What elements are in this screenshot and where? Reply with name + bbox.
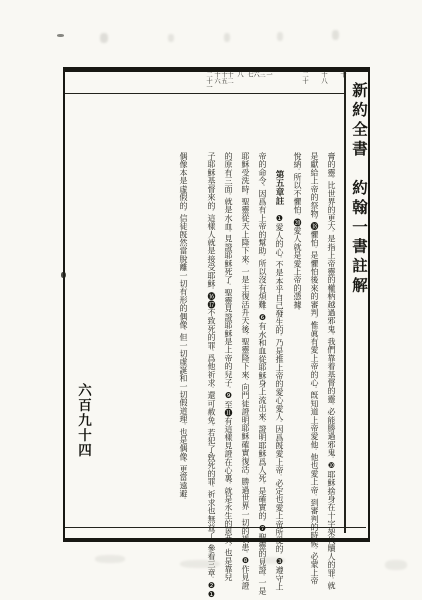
ink-speck <box>57 34 64 37</box>
ink-speck <box>61 272 66 278</box>
text-column: 耶穌受洗時。聖靈從天上降下來。一是主復活升天後。聖靈降下來。向門徒證明耶穌確實復… <box>243 97 257 525</box>
ink-bleed-mark <box>277 32 283 41</box>
column-body: 偶像本是虛假的。信徒旣然當脫離一切有形的偶像。但一切虛誕和一切假道理。也是偶像。… <box>179 152 188 502</box>
column-body: 子耶穌基督來的。這樣人就是接受耶穌。⓰⓱不致死的罪。爲他祈求。還可赦免。若犯了致… <box>207 152 216 599</box>
column-body: 帝的命令。因爲有上帝的幫助。所以沒有煩難。❻有水和血從耶穌身上流出來。證明耶穌爲… <box>258 152 267 595</box>
column-body: 耶穌受洗時。聖靈從天上降下來。一是主復活升天後。聖靈降下來。向門徒證明耶穌確實復… <box>241 152 250 590</box>
ink-bleed-mark <box>95 555 125 563</box>
book-title-column: 新約全書 約翰一書註解 <box>346 82 367 527</box>
text-column: 第五章註 ❶愛人的心。不是本乎自己發生的。乃是推上帝的愛心愛人。因爲旣愛上帝。必… <box>277 97 291 525</box>
column-body: 是獻給上帝的祭物。⓲懼怕。是懼怕後來的審判。惟眞有愛上帝的心。旣知道上帝愛他。他… <box>310 152 319 585</box>
column-body: 膏的靈。比世界的更大。是指上帝靈的權柄越過邪鬼。我們靠着基督的靈。必能勝過邪鬼。… <box>327 152 336 590</box>
ink-bleed-mark <box>332 30 339 40</box>
text-column: 帝的命令。因爲有上帝的幫助。所以沒有煩難。❻有水和血從耶穌身上流出來。證明耶穌爲… <box>260 97 274 525</box>
text-column: 悅納。所以不懼怕。⓴愛人就是愛上帝的憑據。 <box>295 97 309 525</box>
ink-bleed-mark <box>168 34 174 42</box>
scanned-book-page: 新約全書 約翰一書註解 十 十八 二十 一 三 六 七 八 十二 十五 十六 二… <box>0 0 422 600</box>
column-body: 悅納。所以不懼怕。⓴愛人就是愛上帝的憑據。 <box>293 152 302 313</box>
ink-bleed-mark <box>260 557 285 564</box>
text-column: 膏的靈。比世界的更大。是指上帝靈的權柄越過邪鬼。我們靠着基督的靈。必能勝過邪鬼。… <box>329 97 343 525</box>
verse-number-label: 十八 <box>315 71 326 92</box>
verse-margin-rule <box>65 93 345 94</box>
ink-bleed-mark <box>100 33 108 43</box>
text-column: 的原有三面。就是水血。見證耶穌死了。聖靈見證耶穌是上帝的兒子。❾至⓫有這樣見證在… <box>226 97 240 525</box>
column-body: ❶愛人的心。不是本乎自己發生的。乃是推上帝的愛心愛人。因爲旣愛上帝。必定也愛上帝… <box>275 214 284 591</box>
page-number: 六百九十四 <box>71 383 89 463</box>
chapter-header: 第五章註 <box>274 152 284 214</box>
text-column: 是獻給上帝的祭物。⓲懼怕。是懼怕後來的審判。惟眞有愛上帝的心。旣知道上帝愛他。他… <box>312 97 326 525</box>
verse-number-label: 二十 <box>296 71 307 92</box>
ink-bleed-mark <box>224 33 230 42</box>
text-column: 偶像本是虛假的。信徒旣然當脫離一切有形的偶像。但一切虛誕和一切假道理。也是偶像。… <box>181 97 195 525</box>
text-column: 子耶穌基督來的。這樣人就是接受耶穌。⓰⓱不致死的罪。爲他祈求。還可赦免。若犯了致… <box>209 97 223 525</box>
ink-bleed-mark <box>180 560 220 568</box>
ink-bleed-mark <box>385 560 407 570</box>
verse-number-label: 十 <box>334 71 345 92</box>
column-body: 的原有三面。就是水血。見證耶穌死了。聖靈見證耶穌是上帝的兒子。❾至⓫有這樣見證在… <box>224 152 233 581</box>
verse-number-label: 二十一 <box>200 71 211 92</box>
